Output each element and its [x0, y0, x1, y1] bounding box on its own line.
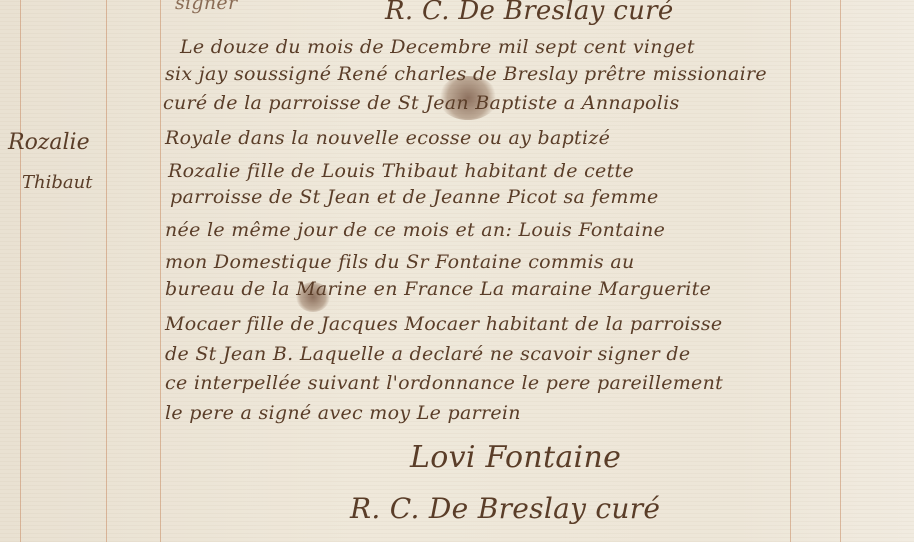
margin-rule: [106, 0, 107, 542]
entry-line: ce interpellée suivant l'ordonnance le p…: [165, 372, 723, 394]
entry-line: parroisse de St Jean et de Jeanne Picot …: [170, 186, 659, 208]
margin-rule: [20, 0, 21, 542]
entry-line: le pere a signé avec moy Le parrein: [165, 402, 521, 424]
margin-rule: [790, 0, 791, 542]
margin-rule: [160, 0, 161, 542]
signature-godfather: Lovi Fontaine: [410, 440, 621, 475]
top-fragment: signer: [175, 0, 237, 14]
entry-line: Le douze du mois de Decembre mil sept ce…: [180, 36, 695, 58]
entry-line: Rozalie fille de Louis Thibaut habitant …: [168, 160, 634, 182]
entry-line: bureau de la Marine en France La maraine…: [165, 278, 711, 300]
margin-rule: [840, 0, 841, 542]
entry-line: Royale dans la nouvelle ecosse ou ay bap…: [165, 127, 610, 149]
entry-line: Mocaer fille de Jacques Mocaer habitant …: [165, 313, 722, 335]
entry-line: curé de la parroisse de St Jean Baptiste…: [163, 92, 680, 114]
previous-signature: R. C. De Breslay curé: [385, 0, 674, 26]
entry-line: mon Domestique fils du Sr Fontaine commi…: [165, 251, 635, 273]
manuscript-page: signer R. C. De Breslay curé Rozalie Thi…: [0, 0, 914, 542]
entry-line: de St Jean B. Laquelle a declaré ne scav…: [165, 343, 690, 365]
margin-name-last: Thibaut: [22, 172, 92, 193]
margin-name-first: Rozalie: [8, 130, 90, 155]
entry-line: six jay soussigné René charles de Bresla…: [165, 63, 767, 85]
entry-line: née le même jour de ce mois et an: Louis…: [165, 219, 665, 241]
signature-priest: R. C. De Breslay curé: [350, 492, 660, 525]
